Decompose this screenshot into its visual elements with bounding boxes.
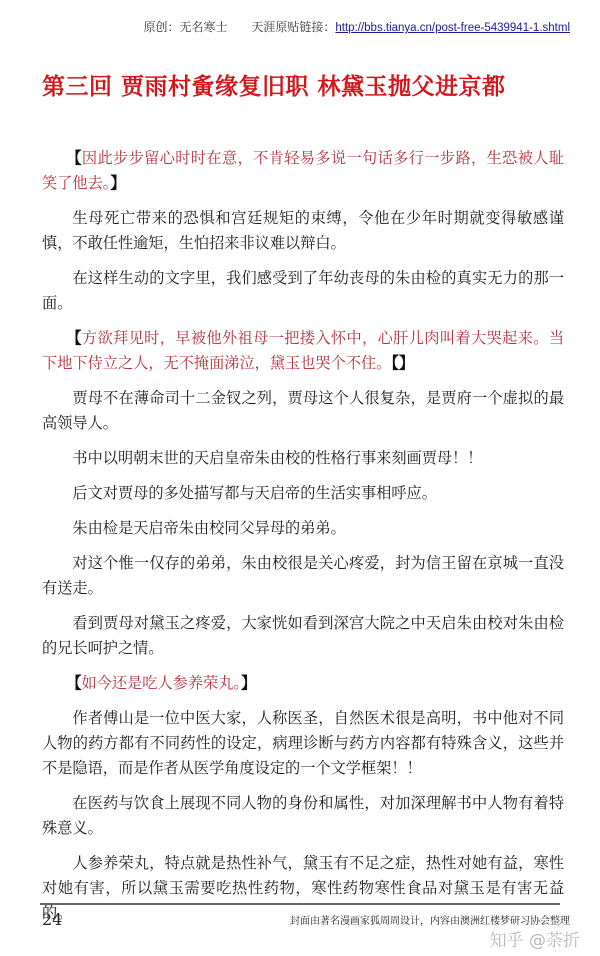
paragraph: 作者傅山是一位中医大家，人称医圣，自然医术很是高明，书中他对不同人物的药方都有不…	[42, 706, 564, 781]
paragraph: 后文对贾母的多处描写都与天启帝的生活实事相呼应。	[42, 481, 564, 506]
source-link[interactable]: http://bbs.tianya.cn/post-free-5439941-1…	[335, 22, 570, 34]
page-header: 原创：无名寒士 天涯原贴链接：http://bbs.tianya.cn/post…	[144, 18, 570, 35]
paragraph: 看到贾母对黛玉之疼爱，大家恍如看到深宫大院之中天启朱由校对朱由检的兄长呵护之情。	[42, 611, 564, 661]
quote-paragraph: 【方欲拜见时，早被他外祖母一把搂入怀中，心肝儿肉叫着大哭起来。当下地下侍立之人，…	[42, 326, 564, 376]
paragraph: 对这个惟一仅存的弟弟，朱由校很是关心疼爱，封为信王留在京城一直没有送走。	[42, 551, 564, 601]
paragraph: 贾母不在薄命司十二金钗之列，贾母这个人很复杂，是贾府一个虚拟的最高领导人。	[42, 386, 564, 436]
article-body: 【因此步步留心时时在意，不肯轻易多说一句话多行一步路，生恐被人耻笑了他去。】 生…	[42, 146, 564, 936]
chapter-title: 第三回 贾雨村夤缘复旧职 林黛玉抛父进京都	[42, 68, 506, 101]
footer-divider	[40, 903, 560, 905]
quote-paragraph: 【因此步步留心时时在意，不肯轻易多说一句话多行一步路，生恐被人耻笑了他去。】	[42, 146, 564, 196]
bracket-close: 】	[110, 174, 125, 192]
page-number: 24	[42, 910, 62, 929]
paragraph: 生母死亡带来的恐惧和宫廷规矩的束缚，令他在少年时期就变得敏感谨慎，不敢任性逾矩，…	[42, 206, 564, 256]
quote-paragraph: 【如今还是吃人参养荣丸。】	[42, 671, 564, 696]
footer-note: 封面由著名漫画家狐周周设计，内容由澳洲红楼梦研习协会整理	[290, 912, 570, 927]
paragraph: 在医药与饮食上展现不同人物的身份和属性，对加深理解书中人物有着特殊意义。	[42, 791, 564, 841]
quote-text: 如今还是吃人参养荣丸。	[82, 674, 241, 692]
paragraph: 在这样生动的文字里，我们感受到了年幼丧母的朱由检的真实无力的那一面。	[42, 266, 564, 316]
paragraph: 朱由检是天启帝朱由校同父异母的弟弟。	[42, 516, 564, 541]
bracket-open: 【	[66, 329, 82, 347]
watermark: 知乎 @荼折	[490, 926, 580, 951]
bracket-close: 【】	[391, 354, 414, 372]
bracket-close: 】	[241, 674, 256, 692]
quote-text: 方欲拜见时，早被他外祖母一把搂入怀中，心肝儿肉叫着大哭起来。当下地下侍立之人，无…	[42, 329, 564, 372]
paragraph: 书中以明朝末世的天启皇帝朱由校的性格行事来刻画贾母！！	[42, 446, 564, 471]
author-credit: 原创：无名寒士	[144, 20, 228, 34]
source-link-label: 天涯原贴链接：	[251, 20, 335, 34]
bracket-open: 【	[66, 674, 81, 692]
bracket-open: 【	[66, 149, 82, 167]
